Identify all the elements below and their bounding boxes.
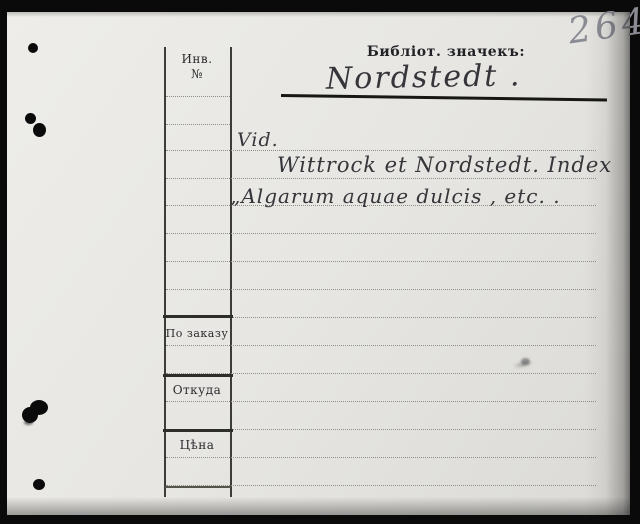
- handwritten-title: Nordstedt .: [326, 58, 522, 96]
- section-separator: [163, 374, 233, 377]
- handwritten-line-vid: Vid.: [237, 129, 279, 151]
- ruled-line: [166, 233, 596, 234]
- inventory-label-line1: Инв.: [164, 52, 230, 67]
- scanned-card-photo: Инв. № Библіот. значекъ: По заказу Откуд…: [0, 0, 640, 524]
- ruled-line: [166, 289, 596, 290]
- price-label: Цѣна: [164, 438, 230, 452]
- handwritten-line-reference: Wittrock et Nordstedt. Index: [277, 153, 612, 177]
- punch-hole: [28, 43, 38, 53]
- ruled-line: [166, 124, 230, 125]
- bottom-edge-shadow: [7, 497, 630, 515]
- punch-hole: [33, 479, 45, 490]
- ruled-line: [166, 150, 596, 151]
- ruled-line: [166, 457, 596, 458]
- ruled-line: [166, 345, 596, 346]
- ruled-line: [166, 401, 596, 402]
- ruled-line: [166, 178, 596, 179]
- ruled-line: [166, 261, 596, 262]
- handwritten-line-work-title: „Algarum aquae dulcis , etc. .: [230, 184, 561, 208]
- inventory-number-label: Инв. №: [164, 52, 230, 82]
- top-edge-shadow: [7, 12, 630, 17]
- punch-hole: [33, 123, 46, 137]
- inventory-label-line2: №: [164, 67, 230, 82]
- ruled-line: [166, 96, 230, 97]
- section-separator: [163, 429, 233, 432]
- right-edge-shadow: [585, 12, 630, 515]
- punch-hole: [25, 113, 36, 124]
- order-label: По заказу: [164, 327, 230, 340]
- origin-label: Откуда: [164, 383, 230, 397]
- paper-smudge-dot: [521, 358, 530, 365]
- catalog-card: [7, 12, 630, 515]
- section-separator: [163, 315, 233, 318]
- column-bottom-line: [165, 486, 231, 488]
- ink-smear: [24, 420, 33, 425]
